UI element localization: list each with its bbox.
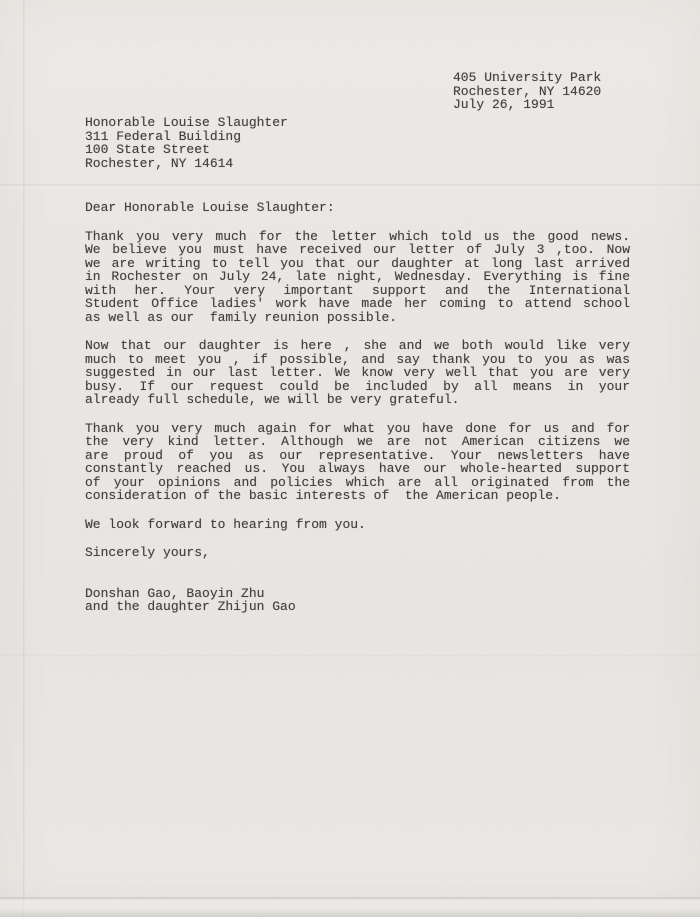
body-line: Now that our daughter is here , she and … [85, 339, 630, 353]
body-line: busy. If our request could be included b… [85, 380, 630, 394]
paragraph-3: Thank you very much again for what you h… [85, 422, 630, 503]
body-line: consideration of the basic interests of … [85, 489, 630, 503]
signature-daughter: and the daughter Zhijun Gao [85, 600, 630, 614]
body-line: Student Office ladies' work have made he… [85, 297, 630, 311]
body-line: the very kind letter. Although we are no… [85, 435, 630, 449]
recipient-address-line: Rochester, NY 14614 [85, 157, 288, 171]
sender-address-block: 405 University Park Rochester, NY 14620 … [453, 71, 601, 112]
sender-address-line: 405 University Park [453, 71, 601, 85]
letter-body: Dear Honorable Louise Slaughter: Thank y… [85, 201, 630, 614]
horizontal-fold-crease-bottom [0, 897, 700, 917]
signature-block: Donshan Gao, Baoyin Zhu and the daughter… [85, 587, 630, 614]
horizontal-fold-crease-top [0, 184, 700, 188]
salutation: Dear Honorable Louise Slaughter: [85, 201, 630, 215]
body-line: Thank you very much again for what you h… [85, 422, 630, 436]
body-line: with her. Your very important support an… [85, 284, 630, 298]
body-line: We look forward to hearing from you. [85, 518, 630, 532]
horizontal-fold-crease-middle [0, 655, 700, 658]
scanned-letter-page: 405 University Park Rochester, NY 14620 … [0, 0, 700, 917]
closing-valediction: Sincerely yours, [85, 546, 630, 560]
closing-valediction-wrap: Sincerely yours, [85, 546, 630, 560]
body-line: we are writing to tell you that our daug… [85, 257, 630, 271]
body-line: Thank you very much for the letter which… [85, 230, 630, 244]
signature-names: Donshan Gao, Baoyin Zhu [85, 587, 630, 601]
paragraph-4: We look forward to hearing from you. [85, 518, 630, 532]
body-line: We believe you must have received our le… [85, 243, 630, 257]
body-line: already full schedule, we will be very g… [85, 393, 630, 407]
body-line: as well as our family reunion possible. [85, 311, 630, 325]
body-line: of your opinions and policies which are … [85, 476, 630, 490]
body-line: are proud of you as our representative. … [85, 449, 630, 463]
paragraph-2: Now that our daughter is here , she and … [85, 339, 630, 407]
recipient-address-line: 311 Federal Building [85, 130, 288, 144]
body-line: constantly reached us. You always have o… [85, 462, 630, 476]
letter-date: July 26, 1991 [453, 98, 601, 112]
body-line: suggested in our last letter. We know ve… [85, 366, 630, 380]
recipient-address-line: 100 State Street [85, 143, 288, 157]
vertical-fold-crease [23, 0, 26, 917]
body-line: in Rochester on July 24, late night, Wed… [85, 270, 630, 284]
body-line: much to meet you , if possible, and say … [85, 353, 630, 367]
recipient-name: Honorable Louise Slaughter [85, 116, 288, 130]
sender-address-line: Rochester, NY 14620 [453, 85, 601, 99]
paragraph-1: Thank you very much for the letter which… [85, 230, 630, 325]
recipient-address-block: Honorable Louise Slaughter 311 Federal B… [85, 116, 288, 170]
